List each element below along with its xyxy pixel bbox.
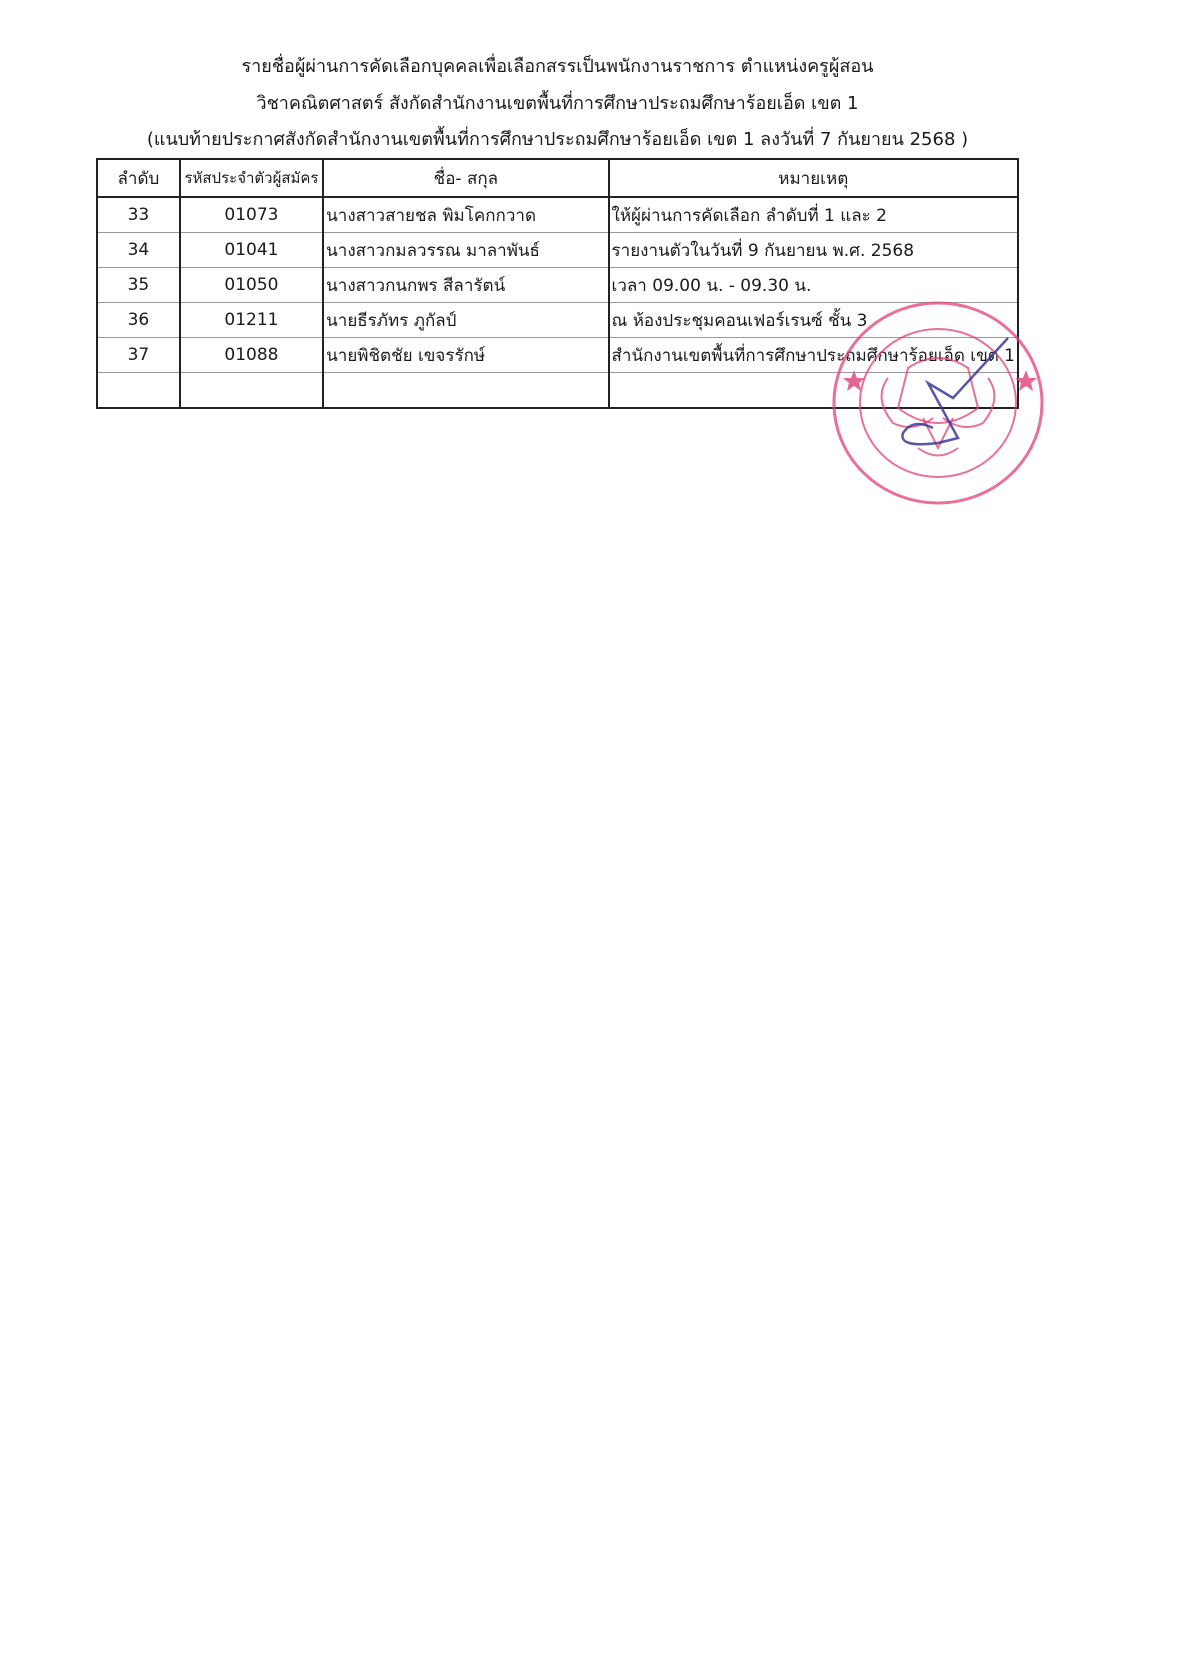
table-row: 3301073นางสาวสายชล พิมโคกกวาดให้ผู้ผ่านก… [97, 197, 1018, 233]
cell-full-name: นางสาวกนกพร สีลารัตน์ [323, 268, 608, 303]
cell-applicant-id: 01211 [180, 303, 323, 338]
cell-order: 36 [97, 303, 180, 338]
header-applicant-id: รหัสประจำตัวผู้สมัคร [180, 159, 323, 197]
header-remarks: หมายเหตุ [609, 159, 1018, 197]
document-title-line-2: วิชาคณิตศาสตร์ สังกัดสำนักงานเขตพื้นที่ก… [0, 92, 1115, 116]
document-title-line-1: รายชื่อผู้ผ่านการคัดเลือกบุคคลเพื่อเลือก… [0, 55, 1115, 79]
cell-order: 34 [97, 233, 180, 268]
document-title-line-3: (แนบท้ายประกาศสังกัดสำนักงานเขตพื้นที่กา… [0, 128, 1115, 152]
cell-remarks: ให้ผู้ผ่านการคัดเลือก ลำดับที่ 1 และ 2 [609, 197, 1018, 233]
cell-order: 37 [97, 338, 180, 373]
cell-applicant-id [180, 373, 323, 409]
cell-applicant-id: 01041 [180, 233, 323, 268]
cell-full-name: นายพิชิตชัย เขจรรักษ์ [323, 338, 608, 373]
cell-order: 35 [97, 268, 180, 303]
cell-order [97, 373, 180, 409]
cell-order: 33 [97, 197, 180, 233]
cell-full-name: นางสาวสายชล พิมโคกกวาด [323, 197, 608, 233]
official-seal-garuda-icon [828, 298, 1044, 508]
table-header-row: ลำดับ รหัสประจำตัวผู้สมัคร ชื่อ- สกุล หม… [97, 159, 1018, 197]
cell-remarks: รายงานตัวในวันที่ 9 กันยายน พ.ศ. 2568 [609, 233, 1018, 268]
table-row: 3401041นางสาวกมลวรรณ มาลาพันธ์รายงานตัวใ… [97, 233, 1018, 268]
cell-full-name: นางสาวกมลวรรณ มาลาพันธ์ [323, 233, 608, 268]
cell-full-name [323, 373, 608, 409]
cell-applicant-id: 01073 [180, 197, 323, 233]
header-full-name: ชื่อ- สกุล [323, 159, 608, 197]
header-order: ลำดับ [97, 159, 180, 197]
cell-applicant-id: 01050 [180, 268, 323, 303]
cell-full-name: นายธีรภัทร ภูกัลป์ [323, 303, 608, 338]
cell-applicant-id: 01088 [180, 338, 323, 373]
